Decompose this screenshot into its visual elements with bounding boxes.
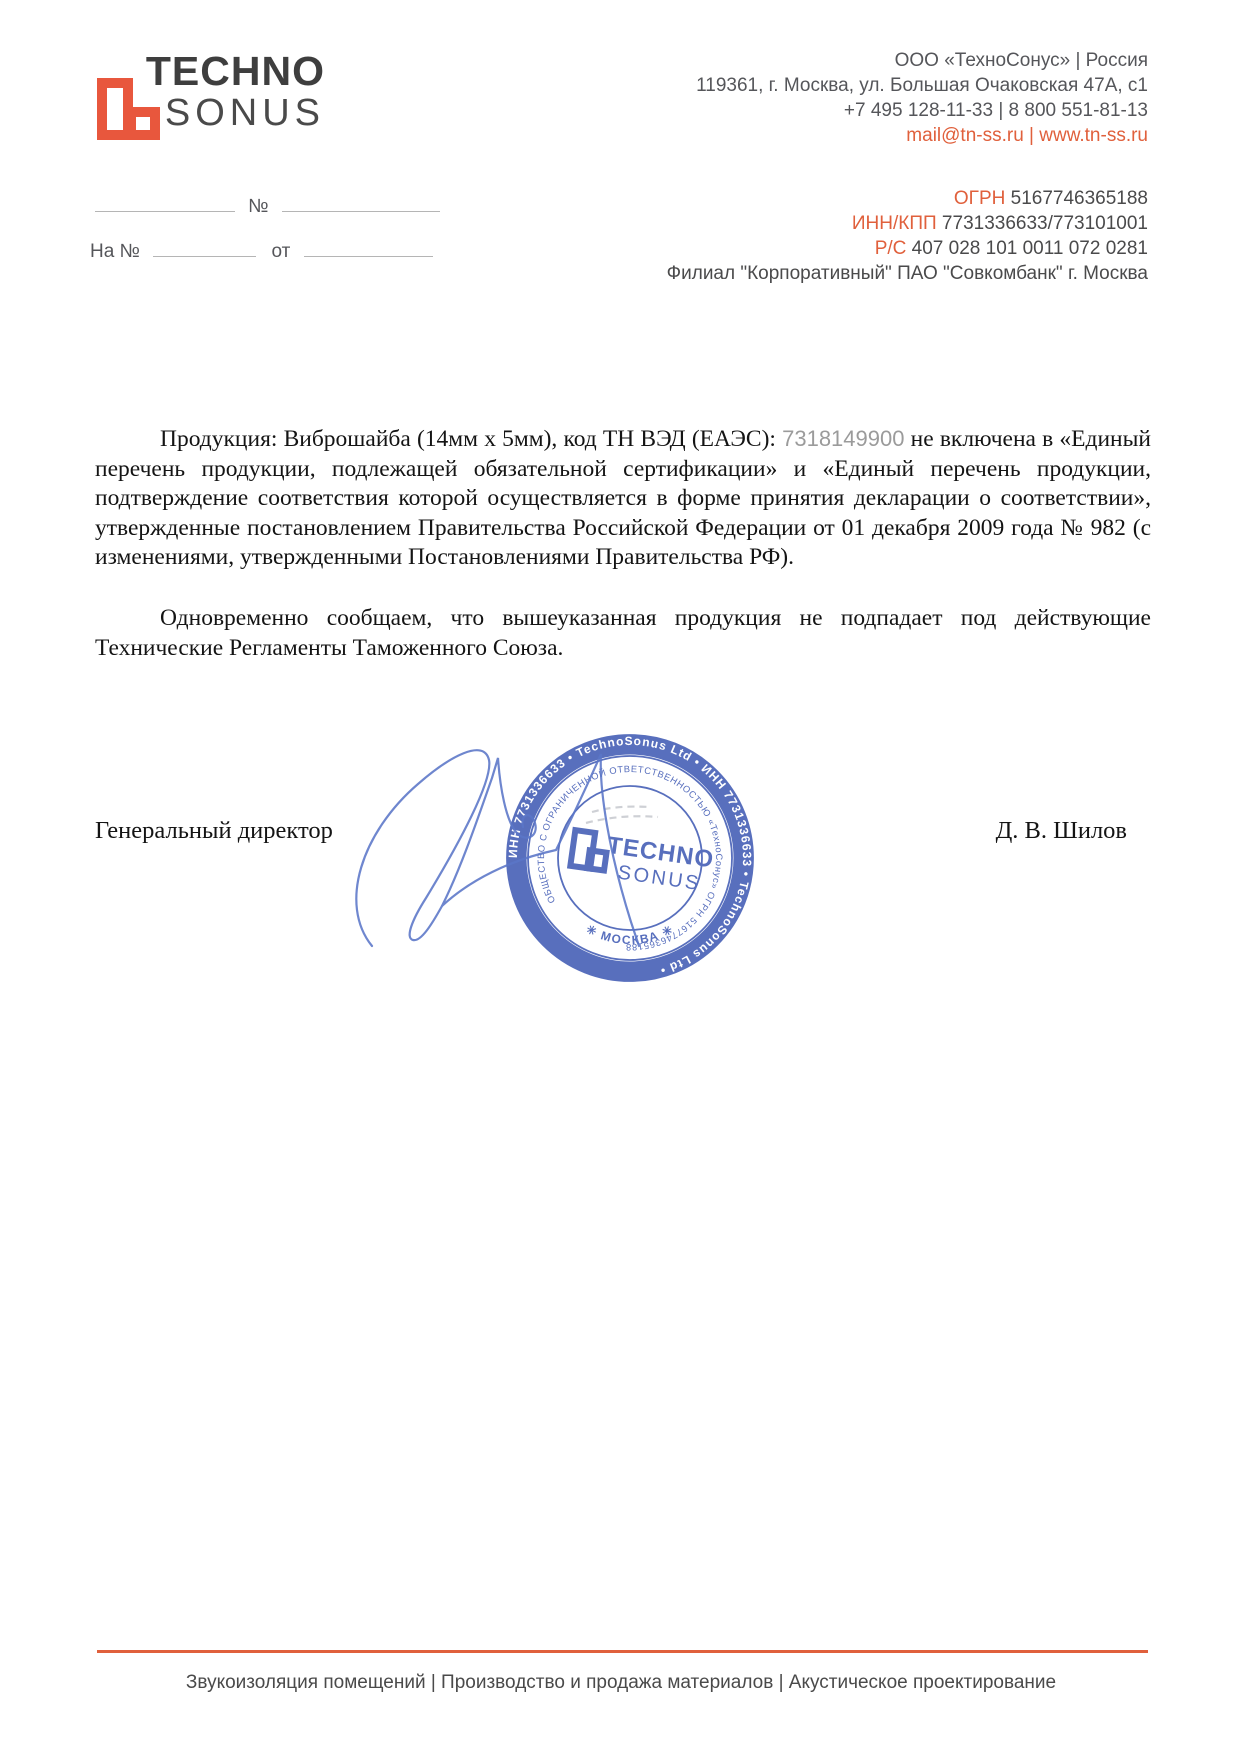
reply-reference-row: На № от bbox=[90, 238, 450, 263]
signature-stroke-2 bbox=[442, 754, 639, 946]
ot-label: от bbox=[272, 241, 291, 262]
phone-line: +7 495 128-11-33 | 8 800 551-81-13 bbox=[696, 98, 1148, 123]
signatory-title: Генеральный директор bbox=[95, 817, 333, 845]
footer-tagline: Звукоизоляция помещений | Производство и… bbox=[0, 1672, 1242, 1694]
logo-wordmark: TECHNO SONUS bbox=[135, 50, 325, 134]
doc-number-row: № bbox=[95, 193, 455, 218]
number-sign: № bbox=[248, 196, 268, 217]
doc-number-blank bbox=[282, 193, 440, 212]
company-line: ООО «ТехноСонус» | Россия bbox=[696, 48, 1148, 73]
innkpp-label: ИНН/КПП bbox=[852, 213, 937, 234]
reply-date-blank bbox=[304, 238, 433, 257]
paragraph-note: Одновременно сообщаем, что вышеуказанная… bbox=[95, 604, 1151, 663]
innkpp-row: ИНН/КПП 7731336633/773101001 bbox=[667, 211, 1148, 236]
paragraph-product: Продукция: Виброшайба (14мм х 5мм), код … bbox=[95, 424, 1151, 573]
account-value: 407 028 101 0011 072 0281 bbox=[906, 238, 1148, 259]
reply-number-blank bbox=[153, 238, 256, 257]
address-line: 119361, г. Москва, ул. Большая Очаковска… bbox=[696, 73, 1148, 98]
bank-line: Филиал "Корпоративный" ПАО "Совкомбанк" … bbox=[667, 261, 1148, 286]
footer-divider bbox=[97, 1650, 1148, 1653]
ogrn-row: ОГРН 5167746365188 bbox=[667, 186, 1148, 211]
handwritten-signature bbox=[320, 690, 710, 980]
signature-stroke-1 bbox=[356, 750, 535, 946]
signatory-name: Д. В. Шилов bbox=[996, 817, 1127, 845]
tnved-code: 7318149900 bbox=[782, 426, 904, 451]
letter-page: TECHNO SONUS ООО «ТехноСонус» | Россия 1… bbox=[0, 0, 1242, 1755]
account-row: Р/С 407 028 101 0011 072 0281 bbox=[667, 236, 1148, 261]
na-number-label: На № bbox=[90, 241, 140, 262]
requisites-block: ОГРН 5167746365188 ИНН/КПП 7731336633/77… bbox=[667, 186, 1148, 286]
ogrn-value: 5167746365188 bbox=[1005, 188, 1148, 209]
ogrn-label: ОГРН bbox=[954, 188, 1005, 209]
innkpp-value: 7731336633/773101001 bbox=[937, 213, 1148, 234]
p1-text-before: Продукция: Виброшайба (14мм х 5мм), код … bbox=[160, 426, 782, 452]
company-logo: TECHNO SONUS bbox=[95, 50, 325, 140]
email-site-line: mail@tn-ss.ru | www.tn-ss.ru bbox=[696, 123, 1148, 148]
logo-text-techno: TECHNO bbox=[146, 50, 325, 92]
contact-block: ООО «ТехноСонус» | Россия 119361, г. Мос… bbox=[696, 48, 1148, 148]
doc-date-blank bbox=[95, 193, 235, 212]
logo-text-sonus: SONUS bbox=[165, 92, 325, 134]
account-label: Р/С bbox=[875, 238, 907, 259]
